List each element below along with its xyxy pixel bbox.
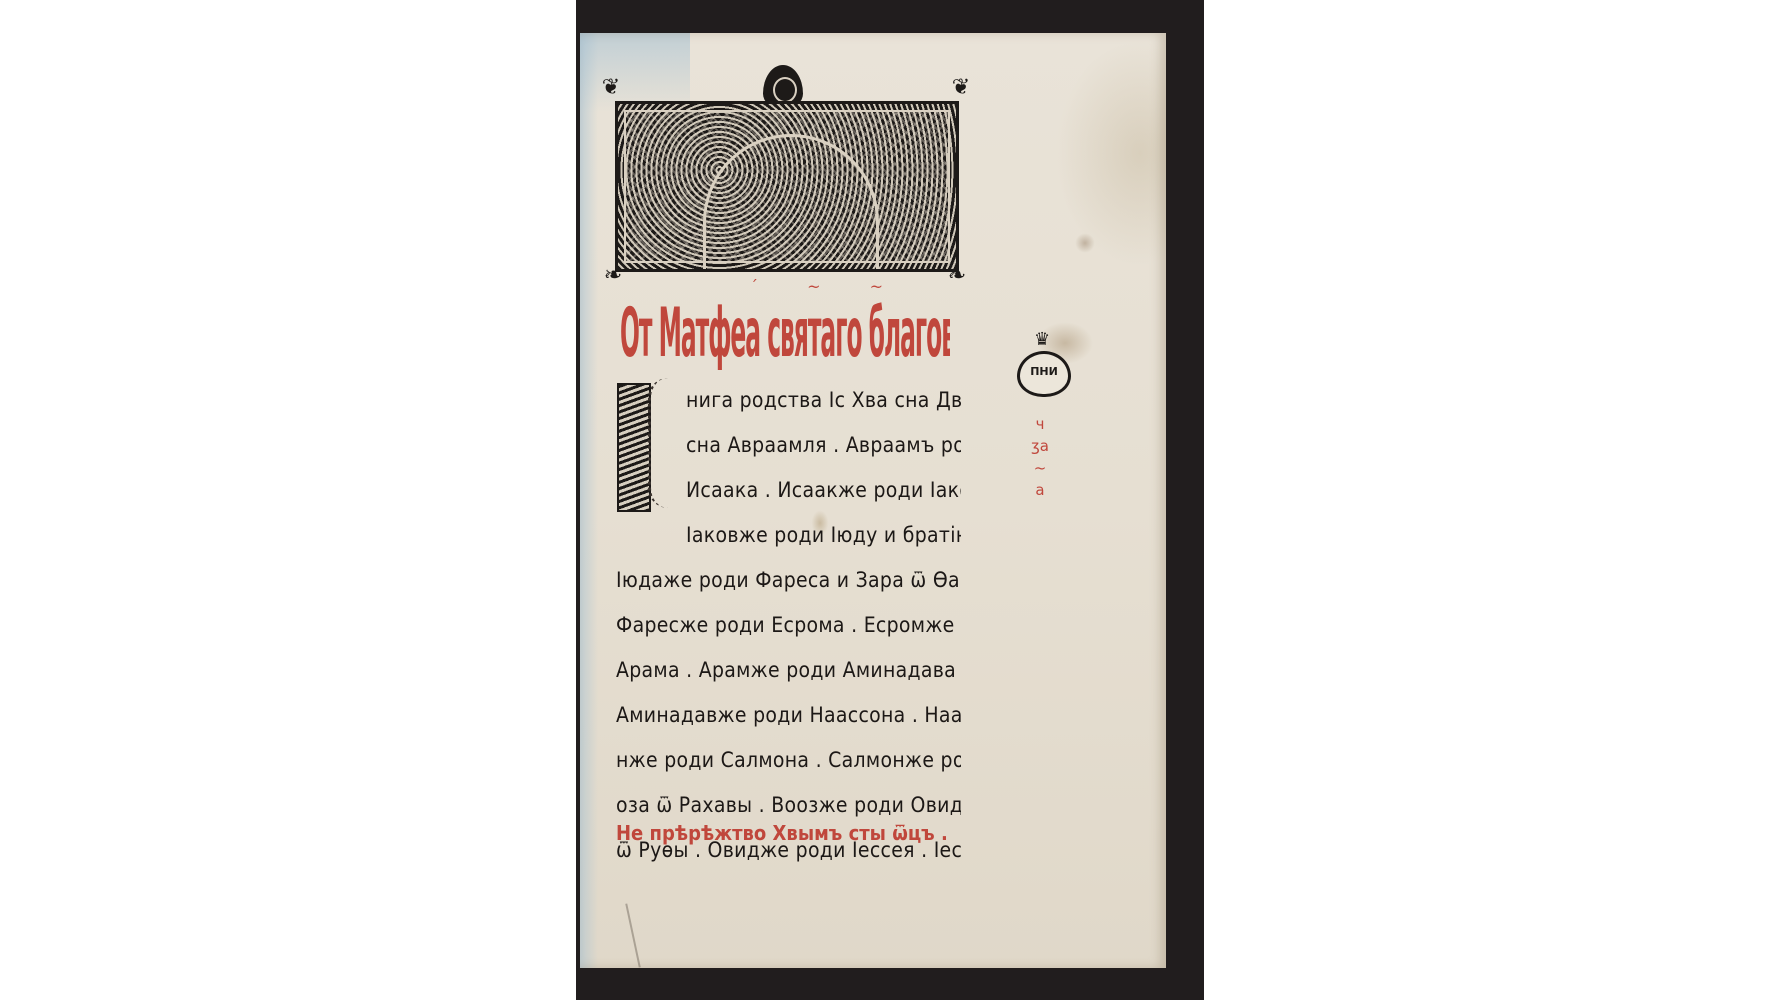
corner-ornament-icon: ❦: [600, 73, 622, 103]
manuscript-page: ❦ ❦ ❧ ❧ ´ ~ ~ От Матфеа святаго благовес…: [580, 33, 1166, 968]
rubric-colophon: Не прѣрѣжтво Хвымъ сты ѿцъ .: [616, 821, 976, 845]
text-line: нже роди Салмона . Салмонже роди Во: [616, 738, 961, 783]
text-line: Фаресже роди Есрома . Есромже роди: [616, 603, 961, 648]
corner-ornament-icon: ❦: [950, 73, 972, 103]
headpiece-arch: [703, 134, 879, 272]
margin-note-char: ~: [1030, 457, 1050, 479]
text-line: нига родства Іс Хва сна Двдва: [616, 378, 961, 423]
margin-note-char: а: [1030, 479, 1050, 501]
text-line: Исаака . Исаакже роди Іакова .: [616, 468, 961, 513]
text-line: Арама . Арамже роди Аминадава .: [616, 648, 961, 693]
text-line: Іюдаже роди Фареса и Зара ѿ Ѳамары .: [616, 558, 961, 603]
margin-note-char: ӡа: [1030, 435, 1050, 457]
text-line: сна Авраамля . Авраамъ роди: [616, 423, 961, 468]
text-line: Аминадавже роди Наассона . Наассо: [616, 693, 961, 738]
margin-note-char: ч: [1030, 413, 1050, 435]
page-tear: [625, 904, 640, 968]
main-text: нига родства Іс Хва сна Двдва сна Авраам…: [616, 378, 961, 873]
margin-note: ч ӡа ~ а: [1030, 413, 1050, 501]
text-line: Іаковже роди Іюду и братію его .: [616, 513, 961, 558]
margin-ornament-icon: ПНИ: [1017, 351, 1071, 397]
